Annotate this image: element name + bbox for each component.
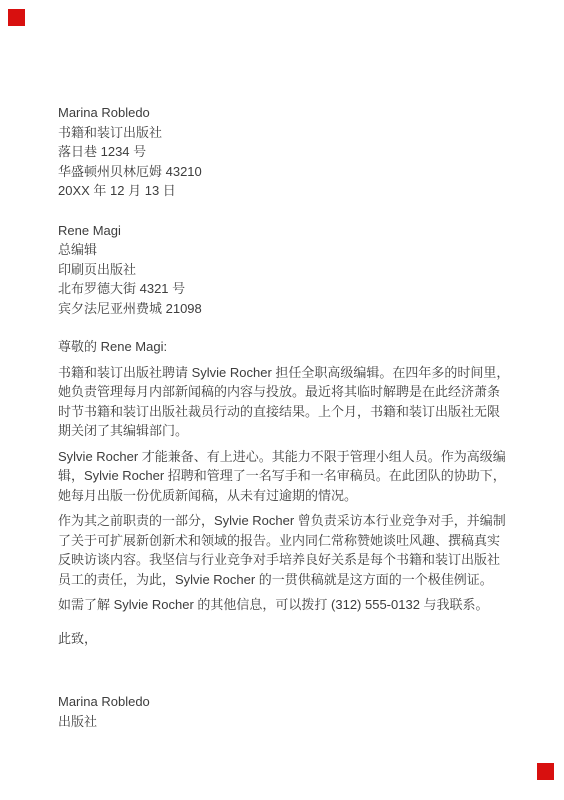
letter-date: 20XX 年 12 月 13 日 xyxy=(58,181,510,201)
sender-street: 落日巷 1234 号 xyxy=(58,142,510,162)
body-paragraph-3: 作为其之前职责的一部分，Sylvie Rocher 曾负责采访本行业竞争对手，并… xyxy=(58,511,510,589)
recipient-city: 宾夕法尼亚州费城 21098 xyxy=(58,299,510,319)
signature-block: Marina Robledo 出版社 xyxy=(58,692,510,731)
body-paragraph-4: 如需了解 Sylvie Rocher 的其他信息，可以拨打 (312) 555-… xyxy=(58,595,510,615)
recipient-block: Rene Magi 总编辑 印刷页出版社 北布罗德大街 4321 号 宾夕法尼亚… xyxy=(58,221,510,319)
red-square-marker-bottom-right xyxy=(537,763,554,780)
recipient-street: 北布罗德大街 4321 号 xyxy=(58,279,510,299)
sender-company: 书籍和装订出版社 xyxy=(58,123,510,143)
sender-name: Marina Robledo xyxy=(58,103,510,123)
sender-block: Marina Robledo 书籍和装订出版社 落日巷 1234 号 华盛顿州贝… xyxy=(58,103,510,201)
letter-page: Marina Robledo 书籍和装订出版社 落日巷 1234 号 华盛顿州贝… xyxy=(0,0,564,800)
signature-name: Marina Robledo xyxy=(58,692,510,712)
recipient-title: 总编辑 xyxy=(58,240,510,260)
body-paragraph-1: 书籍和装订出版社聘请 Sylvie Rocher 担任全职高级编辑。在四年多的时… xyxy=(58,363,510,441)
recipient-company: 印刷页出版社 xyxy=(58,260,510,280)
salutation: 尊敬的 Rene Magi: xyxy=(58,337,510,357)
body-paragraph-2: Sylvie Rocher 才能兼备、有上进心。其能力不限于管理小组人员。作为高… xyxy=(58,447,510,506)
letter-content: Marina Robledo 书籍和装订出版社 落日巷 1234 号 华盛顿州贝… xyxy=(58,103,510,731)
closing-phrase: 此致， xyxy=(58,629,510,649)
recipient-name: Rene Magi xyxy=(58,221,510,241)
signature-title: 出版社 xyxy=(58,712,510,732)
red-square-marker-top-left xyxy=(8,9,25,26)
sender-city: 华盛顿州贝林厄姆 43210 xyxy=(58,162,510,182)
